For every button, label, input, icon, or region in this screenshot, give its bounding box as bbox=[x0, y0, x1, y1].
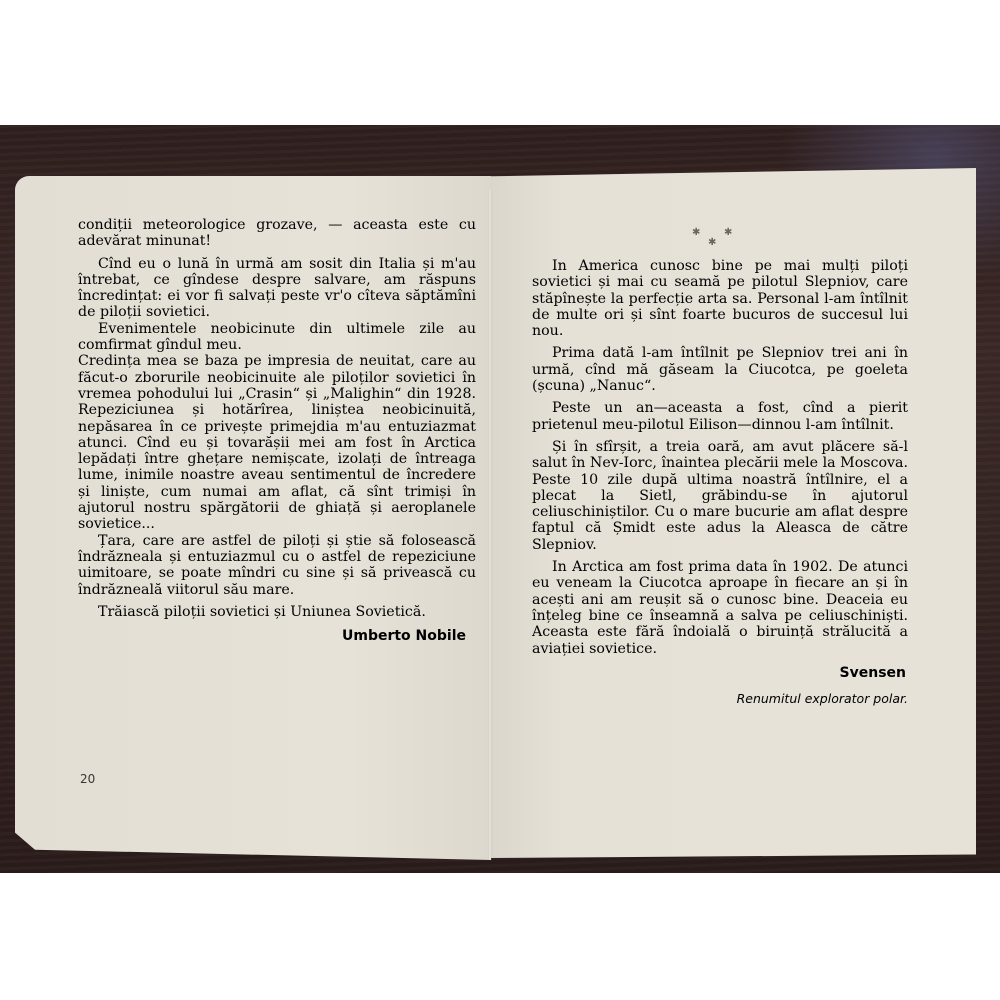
paragraph: Și în sfîrșit, a treia oară, am avut plă… bbox=[532, 439, 908, 553]
paragraph: Trăiască piloții sovietici și Uniunea So… bbox=[78, 604, 476, 620]
signature-subtitle: Renumitul explorator polar. bbox=[532, 691, 908, 707]
page-number: 20 bbox=[80, 772, 95, 786]
paragraph: In Arctica am fost prima data în 1902. D… bbox=[532, 559, 908, 657]
paragraph: Cînd eu o lună în urmă am sosit din Ital… bbox=[78, 256, 476, 321]
asterisk-icon: ✱ bbox=[692, 228, 700, 238]
right-page-text: In America cunosc bine pe mai mulți pilo… bbox=[532, 258, 908, 707]
paragraph: Evenimentele neobicinute din ultimele zi… bbox=[78, 321, 476, 354]
paragraph: Țara, care are astfel de piloți și știe … bbox=[78, 533, 476, 598]
paragraph: condiții meteorologice grozave, — aceast… bbox=[78, 217, 476, 250]
asterisk-icon: ✱ bbox=[708, 238, 716, 248]
asterisk-icon: ✱ bbox=[724, 228, 732, 238]
left-page-text: condiții meteorologice grozave, — aceast… bbox=[78, 217, 476, 644]
book-gutter bbox=[488, 190, 492, 860]
signature-svensen: Svensen bbox=[532, 665, 908, 681]
paragraph: Peste un an—aceasta a fost, cînd a pieri… bbox=[532, 400, 908, 433]
section-break-asterism: ✱ ✱ ✱ bbox=[688, 226, 738, 252]
signature-umberto-nobile: Umberto Nobile bbox=[78, 628, 476, 644]
paragraph: In America cunosc bine pe mai mulți pilo… bbox=[532, 258, 908, 339]
paragraph: Prima dată l-am întîlnit pe Slepniov tre… bbox=[532, 345, 908, 394]
paragraph: Credința mea se baza pe impresia de neui… bbox=[78, 353, 476, 532]
